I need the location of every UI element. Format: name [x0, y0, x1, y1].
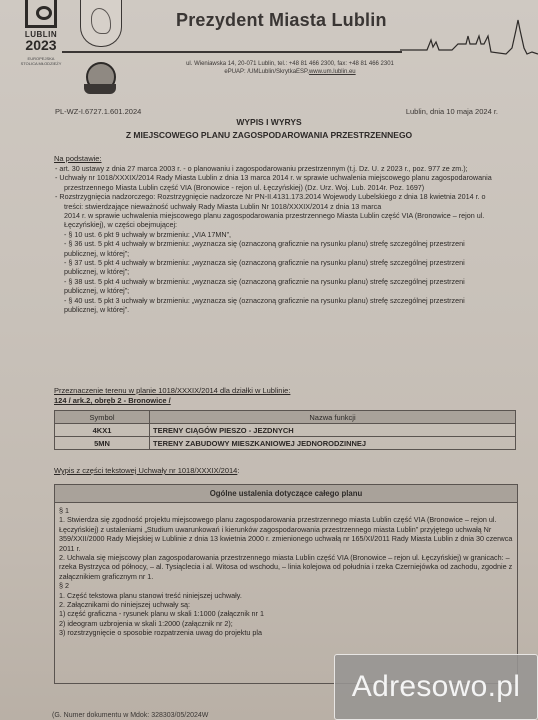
basis-item: - Rozstrzygnięcia nadzorczego: Rozstrzyg…	[54, 192, 494, 211]
document-title: WYPIS I WYRYS	[0, 117, 538, 127]
footer-document-number: (G. Numer dokumentu w Mdok: 328303/05/20…	[52, 712, 208, 719]
table-row: 5MN TERENY ZABUDOWY MIESZKANIOWEJ JEDNOR…	[55, 437, 516, 450]
box-title: Ogólne ustalenia dotyczące całego planu	[55, 485, 517, 503]
basis-item: - art. 30 ustawy z dnia 27 marca 2003 r.…	[54, 164, 494, 173]
basis-sub-item: - § 10 ust. 6 pkt 9 uchwały w brzmieniu:…	[54, 230, 494, 239]
provision-line: 2. Uchwala się miejscowy plan zagospodar…	[59, 553, 513, 581]
logo-text-2: 2023	[20, 39, 62, 52]
city-skyline-icon	[400, 14, 538, 56]
provision-line: 3) rozstrzygnięcie o sposobie rozpatrzen…	[59, 628, 513, 637]
watermark-badge: Adresowo.pl	[334, 654, 538, 720]
basis-item: - Uchwały nr 1018/XXXIX/2014 Rady Miasta…	[54, 173, 494, 192]
document-subtitle: Z MIEJSCOWEGO PLANU ZAGOSPODAROWANIA PRZ…	[0, 130, 538, 140]
basis-sub-item: - § 40 ust. 5 pkt 3 uchwały w brzmieniu:…	[54, 296, 494, 315]
logo-glyph-icon	[25, 0, 57, 28]
city-crest-icon	[80, 0, 122, 47]
header-title: Prezydent Miasta Lublin	[176, 10, 387, 31]
address-line-1: ul. Wieniawska 14, 20-071 Lublin, tel.: …	[150, 60, 430, 68]
address-line-2: ePUAP: /UMLublin/SkrytkaESP,www.um.lubli…	[150, 68, 430, 76]
provision-line: 2. Załącznikami do niniejszej uchwały są…	[59, 600, 513, 609]
basis-heading: Na podstawie:	[54, 154, 102, 163]
basis-sub-item: - § 36 ust. 5 pkt 4 uchwały w brzmieniu:…	[54, 239, 494, 258]
logo-caption: EUROPEJSKA STOLICA MŁODZIEŻY	[20, 56, 62, 66]
provision-line: 2) ideogram uzbrojenia w skali 1:2000 (z…	[59, 619, 513, 628]
lublin-2023-logo: LUBLIN 2023 EUROPEJSKA STOLICA MŁODZIEŻY	[20, 0, 62, 70]
watermark-text: Adresowo.pl	[352, 670, 520, 704]
column-function-name: Nazwa funkcji	[150, 411, 516, 424]
provision-line: 1. Część tekstowa planu stanowi treść ni…	[59, 591, 513, 600]
symbol-cell: 5MN	[55, 437, 150, 450]
document-page: LUBLIN 2023 EUROPEJSKA STOLICA MŁODZIEŻY…	[0, 0, 538, 720]
document-signature: PL-WZ-I.6727.1.601.2024	[55, 107, 141, 116]
box-body: § 1 1. Stwierdza się zgodność projektu m…	[55, 503, 517, 641]
symbol-cell: 4KX1	[55, 424, 150, 437]
provision-line: 1) część graficzna - rysunek planu w ska…	[59, 609, 513, 618]
symbol-table: Symbol Nazwa funkcji 4KX1 TERENY CIĄGÓW …	[54, 410, 516, 450]
document-date: Lublin, dnia 10 maja 2024 r.	[406, 107, 498, 116]
basis-sub-item: - § 37 ust. 5 pkt 4 uchwały w brzmieniu:…	[54, 258, 494, 277]
column-symbol: Symbol	[55, 411, 150, 424]
function-cell: TERENY ZABUDOWY MIESZKANIOWEJ JEDNORODZI…	[150, 437, 516, 450]
table-header-row: Symbol Nazwa funkcji	[55, 411, 516, 424]
website-link[interactable]: www.um.lublin.eu	[309, 69, 356, 75]
function-cell: TERENY CIĄGÓW PIESZO - JEZDNYCH	[150, 424, 516, 437]
address-block: ul. Wieniawska 14, 20-071 Lublin, tel.: …	[150, 60, 430, 76]
provision-line: 1. Stwierdza się zgodność projektu miejs…	[59, 515, 513, 553]
extract-heading: Wypis z części tekstowej Uchwały nr 1018…	[54, 466, 239, 475]
table-row: 4KX1 TERENY CIĄGÓW PIESZO - JEZDNYCH	[55, 424, 516, 437]
provision-line: § 2	[59, 581, 513, 590]
basis-sub-item: - § 38 ust. 5 pkt 4 uchwały w brzmieniu:…	[54, 277, 494, 296]
destination-heading: Przeznaczenie terenu w planie 1018/XXXIX…	[54, 386, 290, 395]
provision-line: § 1	[59, 506, 513, 515]
seal-ribbon-icon	[84, 84, 116, 94]
basis-continuation: 2014 r. w sprawie uchwalenia miejscowego…	[54, 211, 494, 230]
parcel-id: 124 / ark.2, obręb 2 - Bronowice /	[54, 396, 171, 405]
basis-list: - art. 30 ustawy z dnia 27 marca 2003 r.…	[54, 164, 494, 315]
header-divider	[62, 51, 402, 53]
